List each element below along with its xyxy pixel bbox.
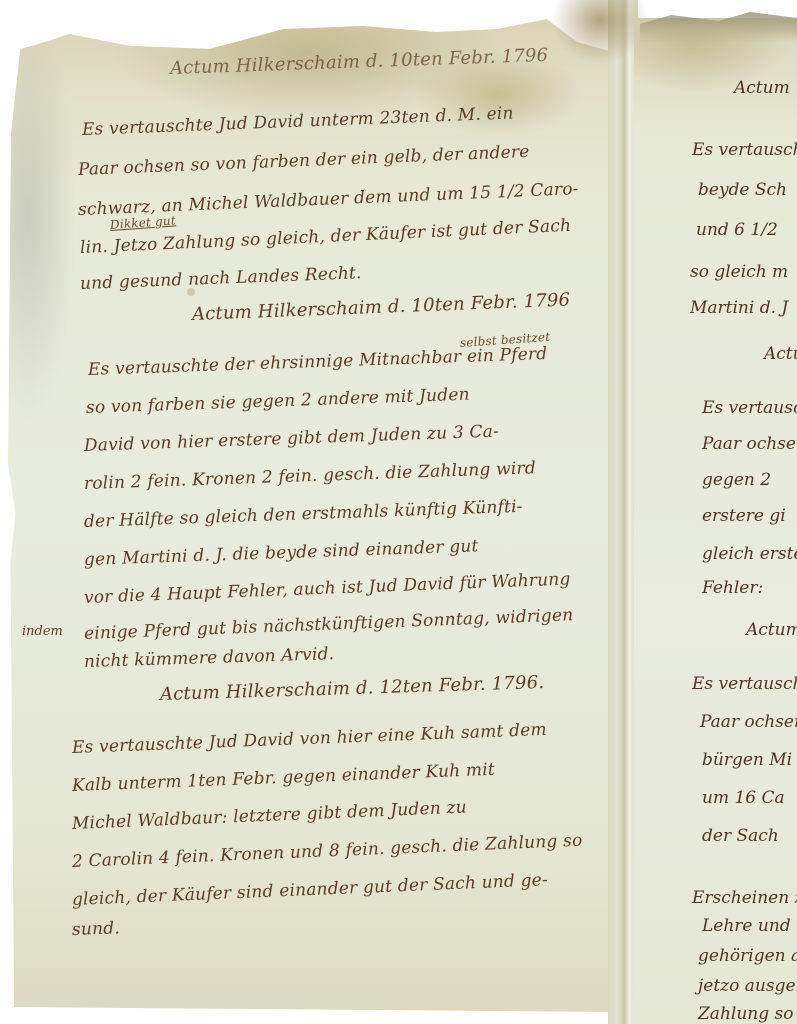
right-line: bürgen Mi [702,750,792,770]
right-line: beyde Sch [698,180,787,200]
right-line: Es vertausch [702,398,797,418]
right-line: Lehre und [702,916,791,936]
right-line: Actum [764,344,797,364]
right-line: so gleich m [690,262,788,282]
right-line: gegen 2 [702,470,771,490]
right-line: Erscheinen zu [692,888,797,908]
right-line: der Sach [702,826,779,846]
right-line: erstere gi [702,506,786,526]
right-line: um 16 Ca [702,788,785,808]
entry-line: sund. [72,918,121,940]
right-line: Es vertausch [692,140,797,160]
right-page-text: Actum Es vertausch beyde Sch und 6 1/2 s… [634,0,797,1024]
right-line: gleich erster [702,544,797,564]
right-line: Paar ochsen [702,434,797,454]
right-line: Fehler: [702,578,763,598]
right-line: Paar ochsen [700,712,797,732]
right-line: Actum [734,78,790,98]
margin-note: indem [22,624,63,639]
right-line: Actum [746,620,797,640]
right-line: gehörigen an [698,946,797,966]
right-line: Es vertausch [692,674,797,694]
right-line: Zahlung so [698,1004,793,1024]
right-line: Martini d. J [690,298,788,318]
right-line: und 6 1/2 [696,220,778,240]
right-line: jetzo ausgemacht [698,976,797,996]
